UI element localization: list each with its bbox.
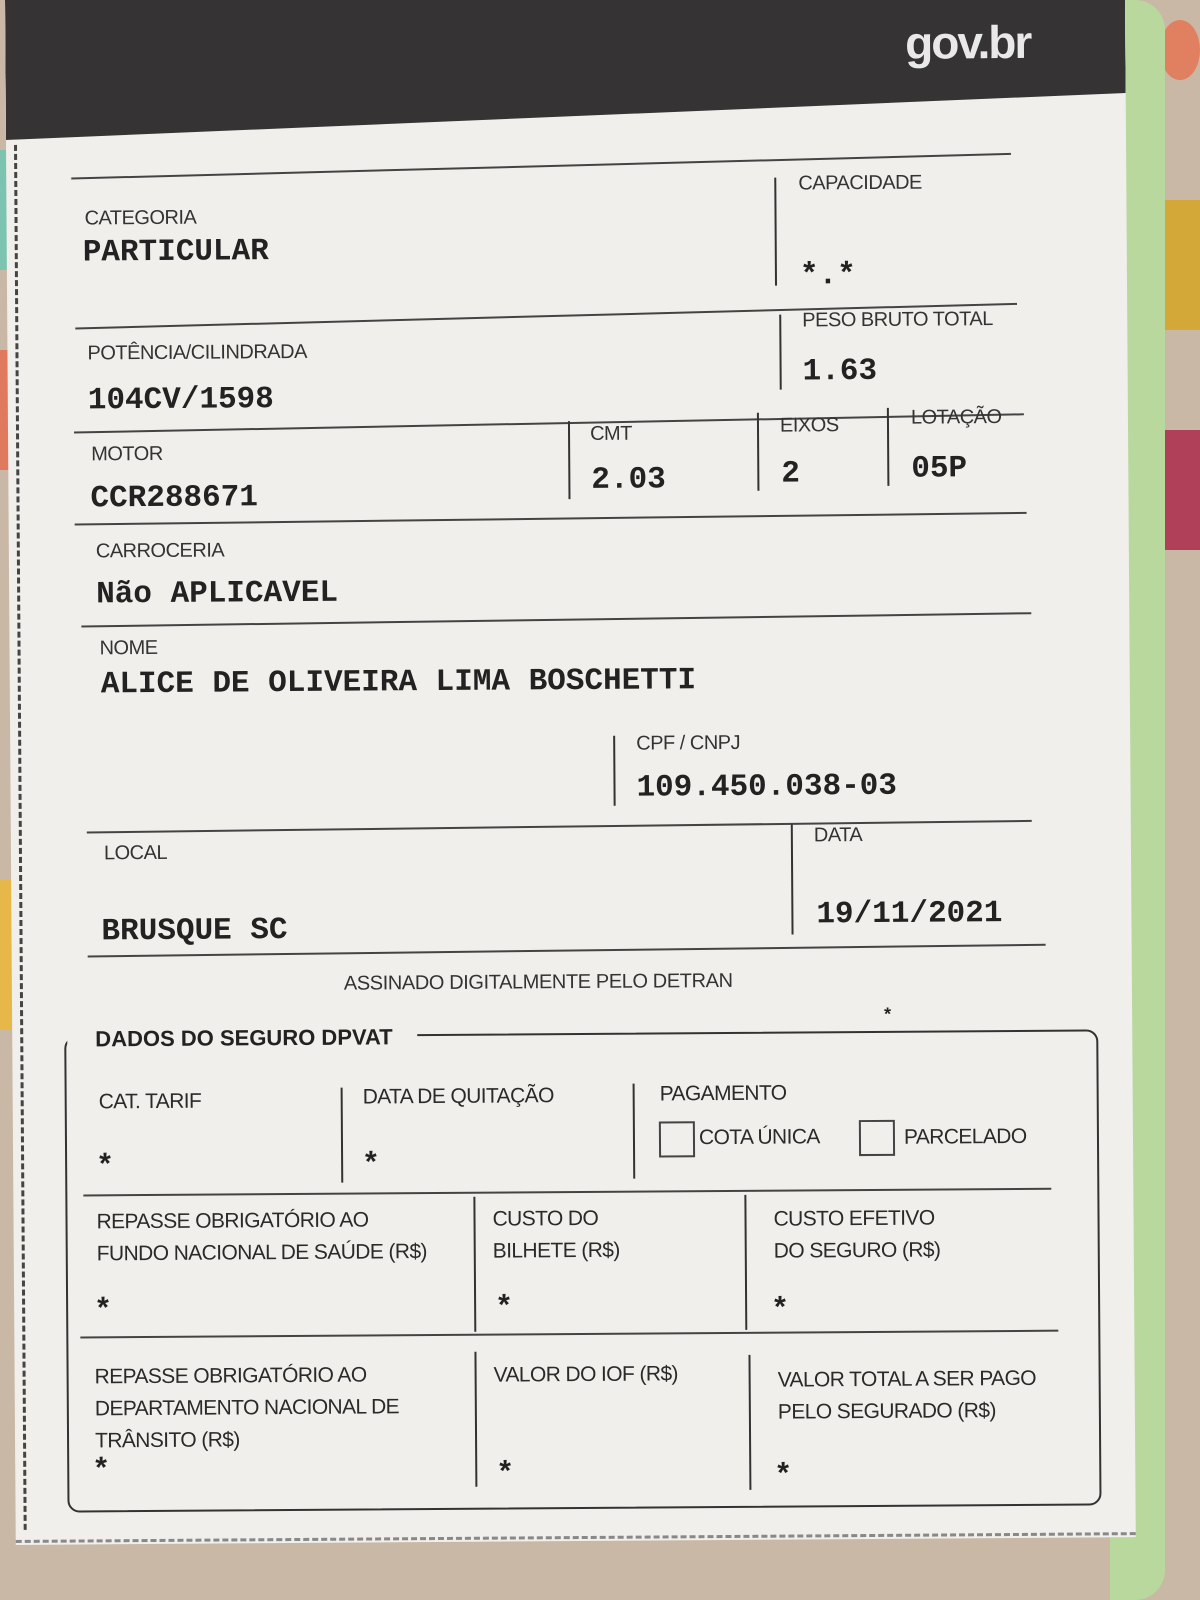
cat-tarif-label: CAT. TARIF <box>99 1086 202 1119</box>
dpvat-title: DADOS DO SEGURO DPVAT <box>95 1024 393 1052</box>
valor-total-label: VALOR TOTAL A SER PAGO PELO SEGURADO (R$… <box>778 1363 1037 1429</box>
nome-label: NOME <box>99 637 157 660</box>
cmt-label: CMT <box>590 423 632 446</box>
fabric-patch <box>0 880 12 1030</box>
divider <box>887 408 890 486</box>
pagamento-label: PAGAMENTO <box>660 1078 787 1111</box>
cat-tarif-value: * <box>99 1147 111 1181</box>
custo-efetivo-label: CUSTO EFETIVO DO SEGURO (R$) <box>773 1203 940 1268</box>
carroceria-label: CARROCERIA <box>96 539 225 563</box>
capacidade-value: *.* <box>800 258 856 293</box>
peso-bruto-label: PESO BRUTO TOTAL <box>802 308 993 332</box>
divider <box>779 315 782 390</box>
peso-bruto-value: 1.63 <box>802 354 877 390</box>
cota-unica-checkbox[interactable] <box>659 1121 695 1157</box>
fabric-patch <box>1160 430 1200 550</box>
nome-value: ALICE DE OLIVEIRA LIMA BOSCHETTI <box>101 663 697 702</box>
divider <box>87 820 1032 834</box>
lotacao-value: 05P <box>911 451 967 486</box>
repasse-denatran-value: * <box>95 1451 107 1485</box>
local-value: BRUSQUE SC <box>101 913 287 949</box>
perforation-left <box>14 145 27 1530</box>
fabric-patch <box>1160 200 1200 330</box>
eixos-value: 2 <box>781 456 800 491</box>
potencia-label: POTÊNCIA/CILINDRADA <box>87 341 307 366</box>
repasse-fns-label: REPASSE OBRIGATÓRIO AO FUNDO NACIONAL DE… <box>96 1204 427 1270</box>
valor-total-value: * <box>777 1457 789 1491</box>
valor-iof-label: VALOR DO IOF (R$) <box>494 1358 678 1391</box>
potencia-value: 104CV/1598 <box>88 382 274 418</box>
perforation-bottom <box>16 1532 1136 1543</box>
cota-unica-label: COTA ÚNICA <box>699 1121 820 1154</box>
divider <box>757 413 760 491</box>
divider <box>613 736 615 806</box>
cmt-value: 2.03 <box>591 462 666 498</box>
divider <box>568 421 571 499</box>
stray-asterisk: * <box>884 1004 891 1025</box>
valor-iof-value: * <box>499 1455 511 1489</box>
categoria-label: CATEGORIA <box>84 207 196 231</box>
repasse-fns-value: * <box>97 1291 109 1325</box>
divider <box>81 612 1031 627</box>
parcelado-label: PARCELADO <box>904 1121 1027 1154</box>
motor-value: CCR288671 <box>90 480 258 516</box>
cpf-label: CPF / CNPJ <box>636 732 740 756</box>
data-label: DATA <box>814 824 863 847</box>
custo-bilhete-label: CUSTO DO BILHETE (R$) <box>492 1203 619 1268</box>
data-quitacao-label: DATA DE QUITAÇÃO <box>363 1080 554 1113</box>
divider <box>774 178 777 286</box>
parcelado-checkbox[interactable] <box>859 1120 895 1156</box>
divider <box>791 825 794 935</box>
carroceria-value: Não APLICAVEL <box>96 576 338 613</box>
cpf-value: 109.450.038-03 <box>636 769 897 806</box>
local-label: LOCAL <box>104 842 167 865</box>
crlv-document: gov.br CATEGORIA PARTICULAR CAPACIDADE *… <box>5 0 1136 1545</box>
custo-bilhete-value: * <box>498 1289 510 1323</box>
motor-label: MOTOR <box>91 443 163 466</box>
capacidade-label: CAPACIDADE <box>798 172 922 196</box>
govbr-logo: gov.br <box>905 15 1031 70</box>
fabric-patch <box>1160 20 1200 80</box>
data-value: 19/11/2021 <box>816 896 1002 932</box>
categoria-value: PARTICULAR <box>83 234 269 270</box>
eixos-label: EIXOS <box>780 414 839 437</box>
lotacao-label: LOTAÇÃO <box>911 406 1002 430</box>
custo-efetivo-value: * <box>774 1291 786 1325</box>
repasse-denatran-label: REPASSE OBRIGATÓRIO AO DEPARTAMENTO NACI… <box>95 1359 400 1457</box>
digital-signature-note: ASSINADO DIGITALMENTE PELO DETRAN <box>344 970 733 996</box>
data-quitacao-value: * <box>365 1145 377 1179</box>
